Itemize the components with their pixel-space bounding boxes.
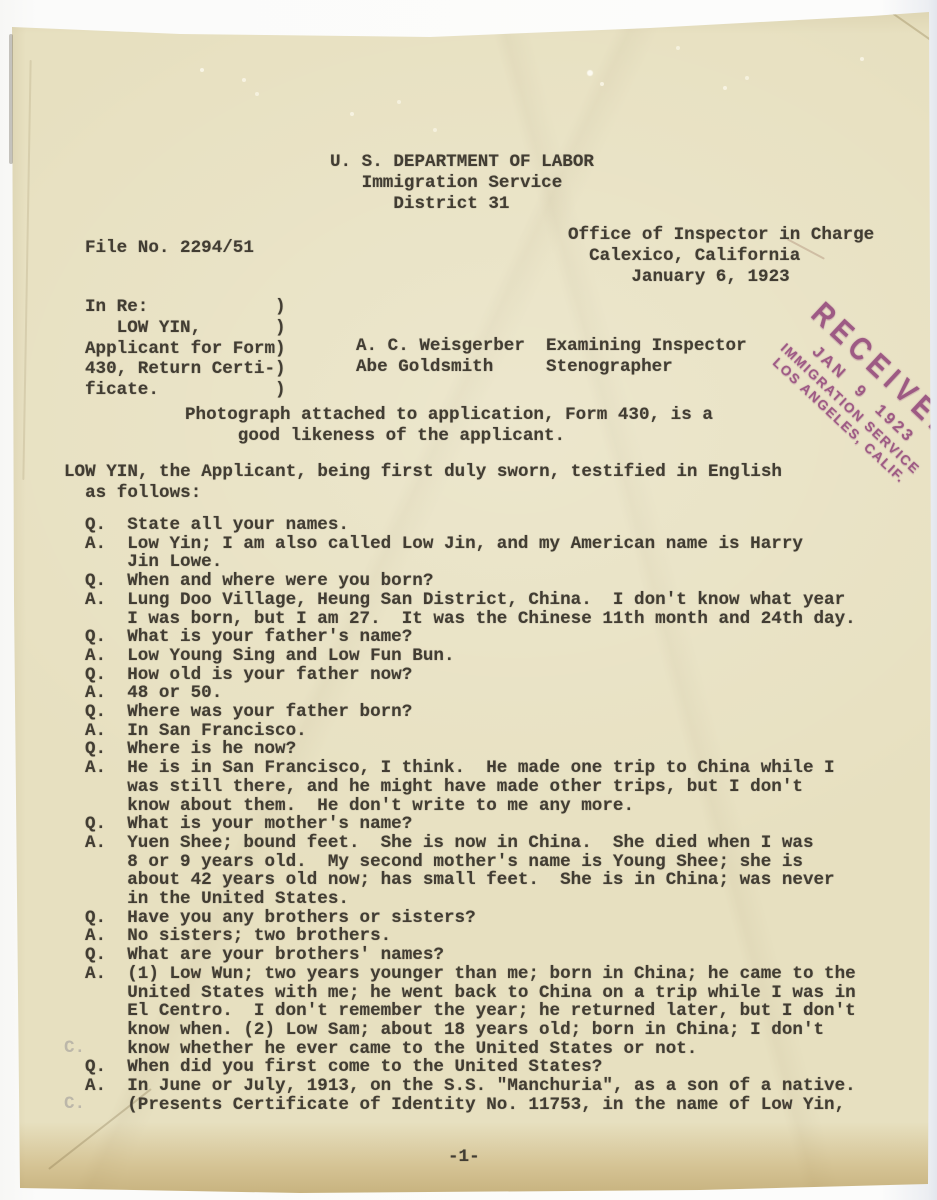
page-number: -1- xyxy=(448,1147,480,1168)
ghost-character-2: C. xyxy=(64,1094,85,1114)
qa-transcript: Q. State all your names. A. Low Yin; I a… xyxy=(85,516,856,1115)
paper-edge-shadow xyxy=(9,34,13,164)
case-caption-block: In Re: ) LOW YIN, ) Applicant for Form) … xyxy=(85,297,286,401)
examiner-names-block: A. C. Weisgerber Examining Inspector Abe… xyxy=(356,336,747,378)
paper-sheet: U. S. DEPARTMENT OF LABOR Immigration Se… xyxy=(0,0,937,1200)
scan-background: U. S. DEPARTMENT OF LABOR Immigration Se… xyxy=(0,0,937,1200)
ghost-character-1: C. xyxy=(64,1038,85,1058)
oath-statement: LOW YIN, the Applicant, being first duly… xyxy=(64,462,782,504)
paper-specks xyxy=(200,68,204,72)
crease-top-right xyxy=(886,8,937,50)
photo-attestation: Photograph attached to application, Form… xyxy=(185,405,713,447)
file-number: File No. 2294/51 xyxy=(85,238,254,259)
crease-left-edge xyxy=(22,60,31,480)
letterhead: U. S. DEPARTMENT OF LABOR Immigration Se… xyxy=(330,152,594,214)
